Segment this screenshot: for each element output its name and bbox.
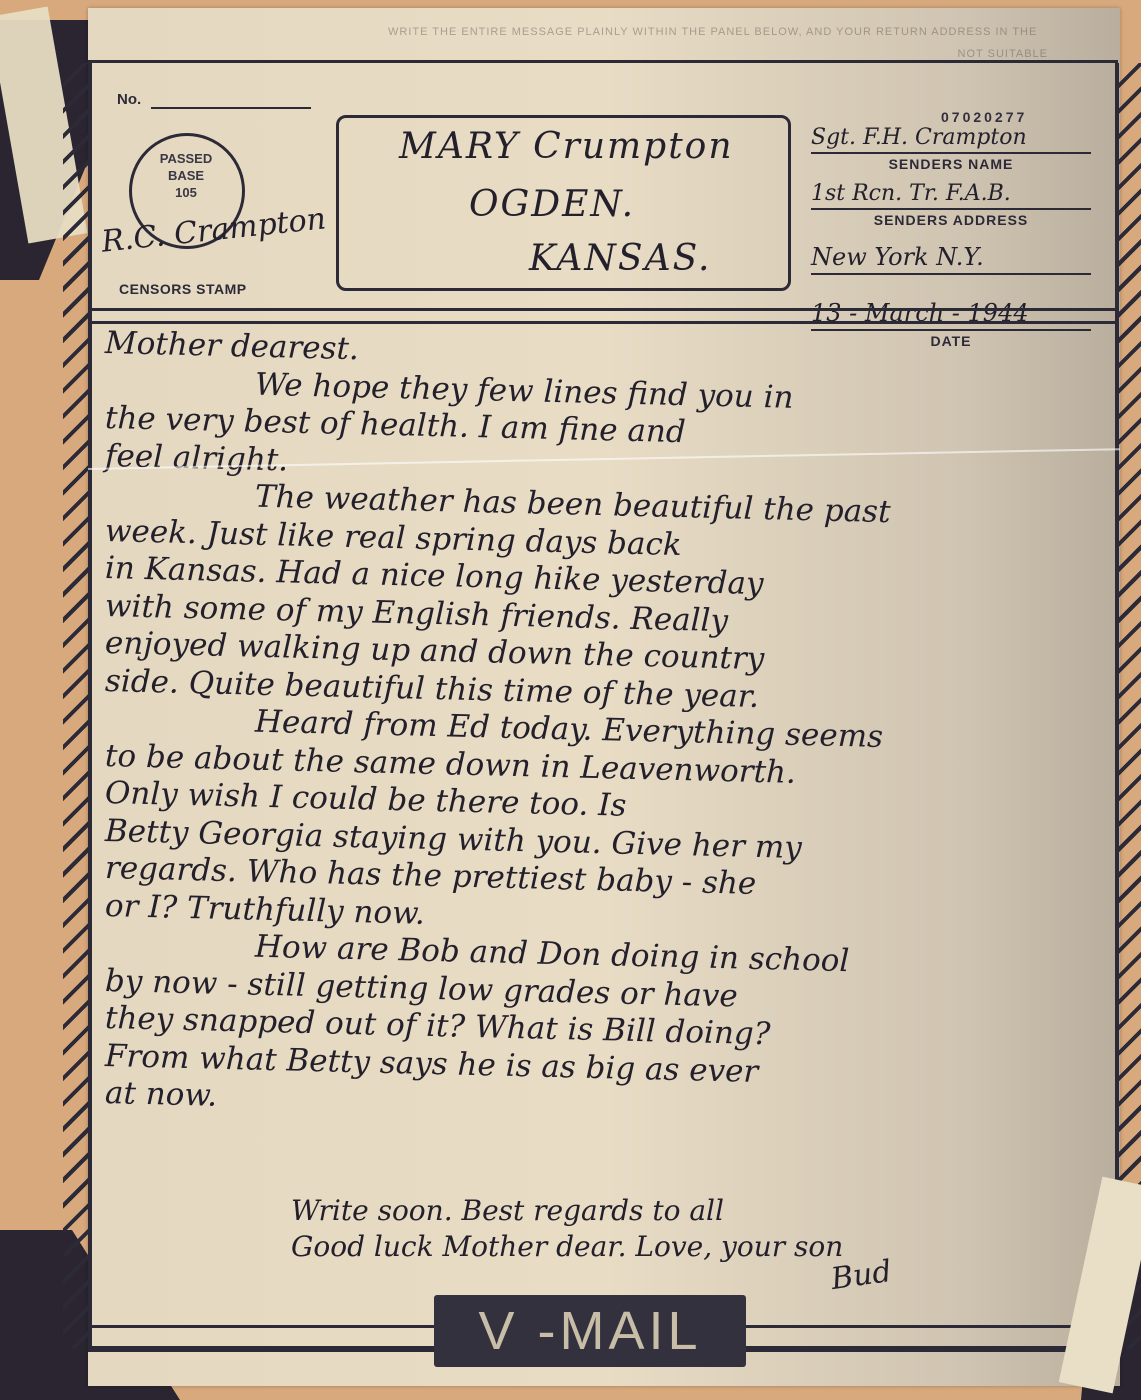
- instruction-line-1: WRITE THE ENTIRE MESSAGE PLAINLY WITHIN …: [388, 26, 1037, 38]
- sender-city-field: New York N.Y.: [811, 243, 1091, 275]
- number-field-line: [151, 107, 311, 109]
- form-header: No. PASSED BASE 105 R.C. Crampton CENSOR…: [91, 63, 1115, 313]
- stamp-text-number: 105: [151, 185, 221, 202]
- vmail-logo: V -MAIL: [434, 1295, 746, 1367]
- letter-body: Mother dearest. We hope they few lines f…: [105, 325, 1065, 1113]
- form-frame: No. PASSED BASE 105 R.C. Crampton CENSOR…: [88, 60, 1118, 1352]
- signature: Bud: [829, 1254, 894, 1297]
- censor-stamp-label: CENSORS STAMP: [119, 281, 247, 297]
- sender-serial-number: 07020277: [941, 109, 1027, 125]
- letter-closing: Write soon. Best regards to all Good luc…: [291, 1193, 1051, 1265]
- recipient-state: KANSAS.: [529, 238, 711, 279]
- censor-stamp-text: PASSED BASE 105: [151, 151, 221, 202]
- sender-name-field: Sgt. F.H. Crampton SENDERS NAME: [811, 125, 1091, 172]
- header-divider: [91, 308, 1115, 324]
- sender-address-label: SENDERS ADDRESS: [811, 212, 1091, 228]
- sender-name: Sgt. F.H. Crampton: [811, 125, 1091, 150]
- hatched-border-left: [63, 63, 92, 1349]
- sender-address-field: 1st Rcn. Tr. F.A.B. SENDERS ADDRESS: [811, 181, 1091, 228]
- sender-name-label: SENDERS NAME: [811, 156, 1091, 172]
- number-label: No.: [117, 91, 141, 108]
- hatched-border-right: [1116, 63, 1141, 1349]
- vmail-label: V -MAIL: [478, 1300, 701, 1362]
- instruction-line-2: NOT SUITABLE: [958, 48, 1048, 60]
- sender-block: 07020277 Sgt. F.H. Crampton SENDERS NAME…: [801, 103, 1101, 313]
- sender-address: 1st Rcn. Tr. F.A.B.: [811, 181, 1091, 206]
- vmail-sheet: WRITE THE ENTIRE MESSAGE PLAINLY WITHIN …: [88, 8, 1120, 1386]
- recipient-name: MARY Crumpton: [399, 126, 734, 167]
- closing-line-2: Good luck Mother dear. Love, your son: [291, 1229, 1051, 1265]
- stamp-text-base: BASE: [151, 168, 221, 185]
- recipient-address-box: MARY Crumpton OGDEN. KANSAS.: [336, 115, 791, 291]
- recipient-city: OGDEN.: [469, 184, 635, 225]
- sender-city: New York N.Y.: [811, 243, 1091, 271]
- stamp-text-passed: PASSED: [151, 151, 221, 168]
- closing-line-1: Write soon. Best regards to all: [291, 1193, 1051, 1229]
